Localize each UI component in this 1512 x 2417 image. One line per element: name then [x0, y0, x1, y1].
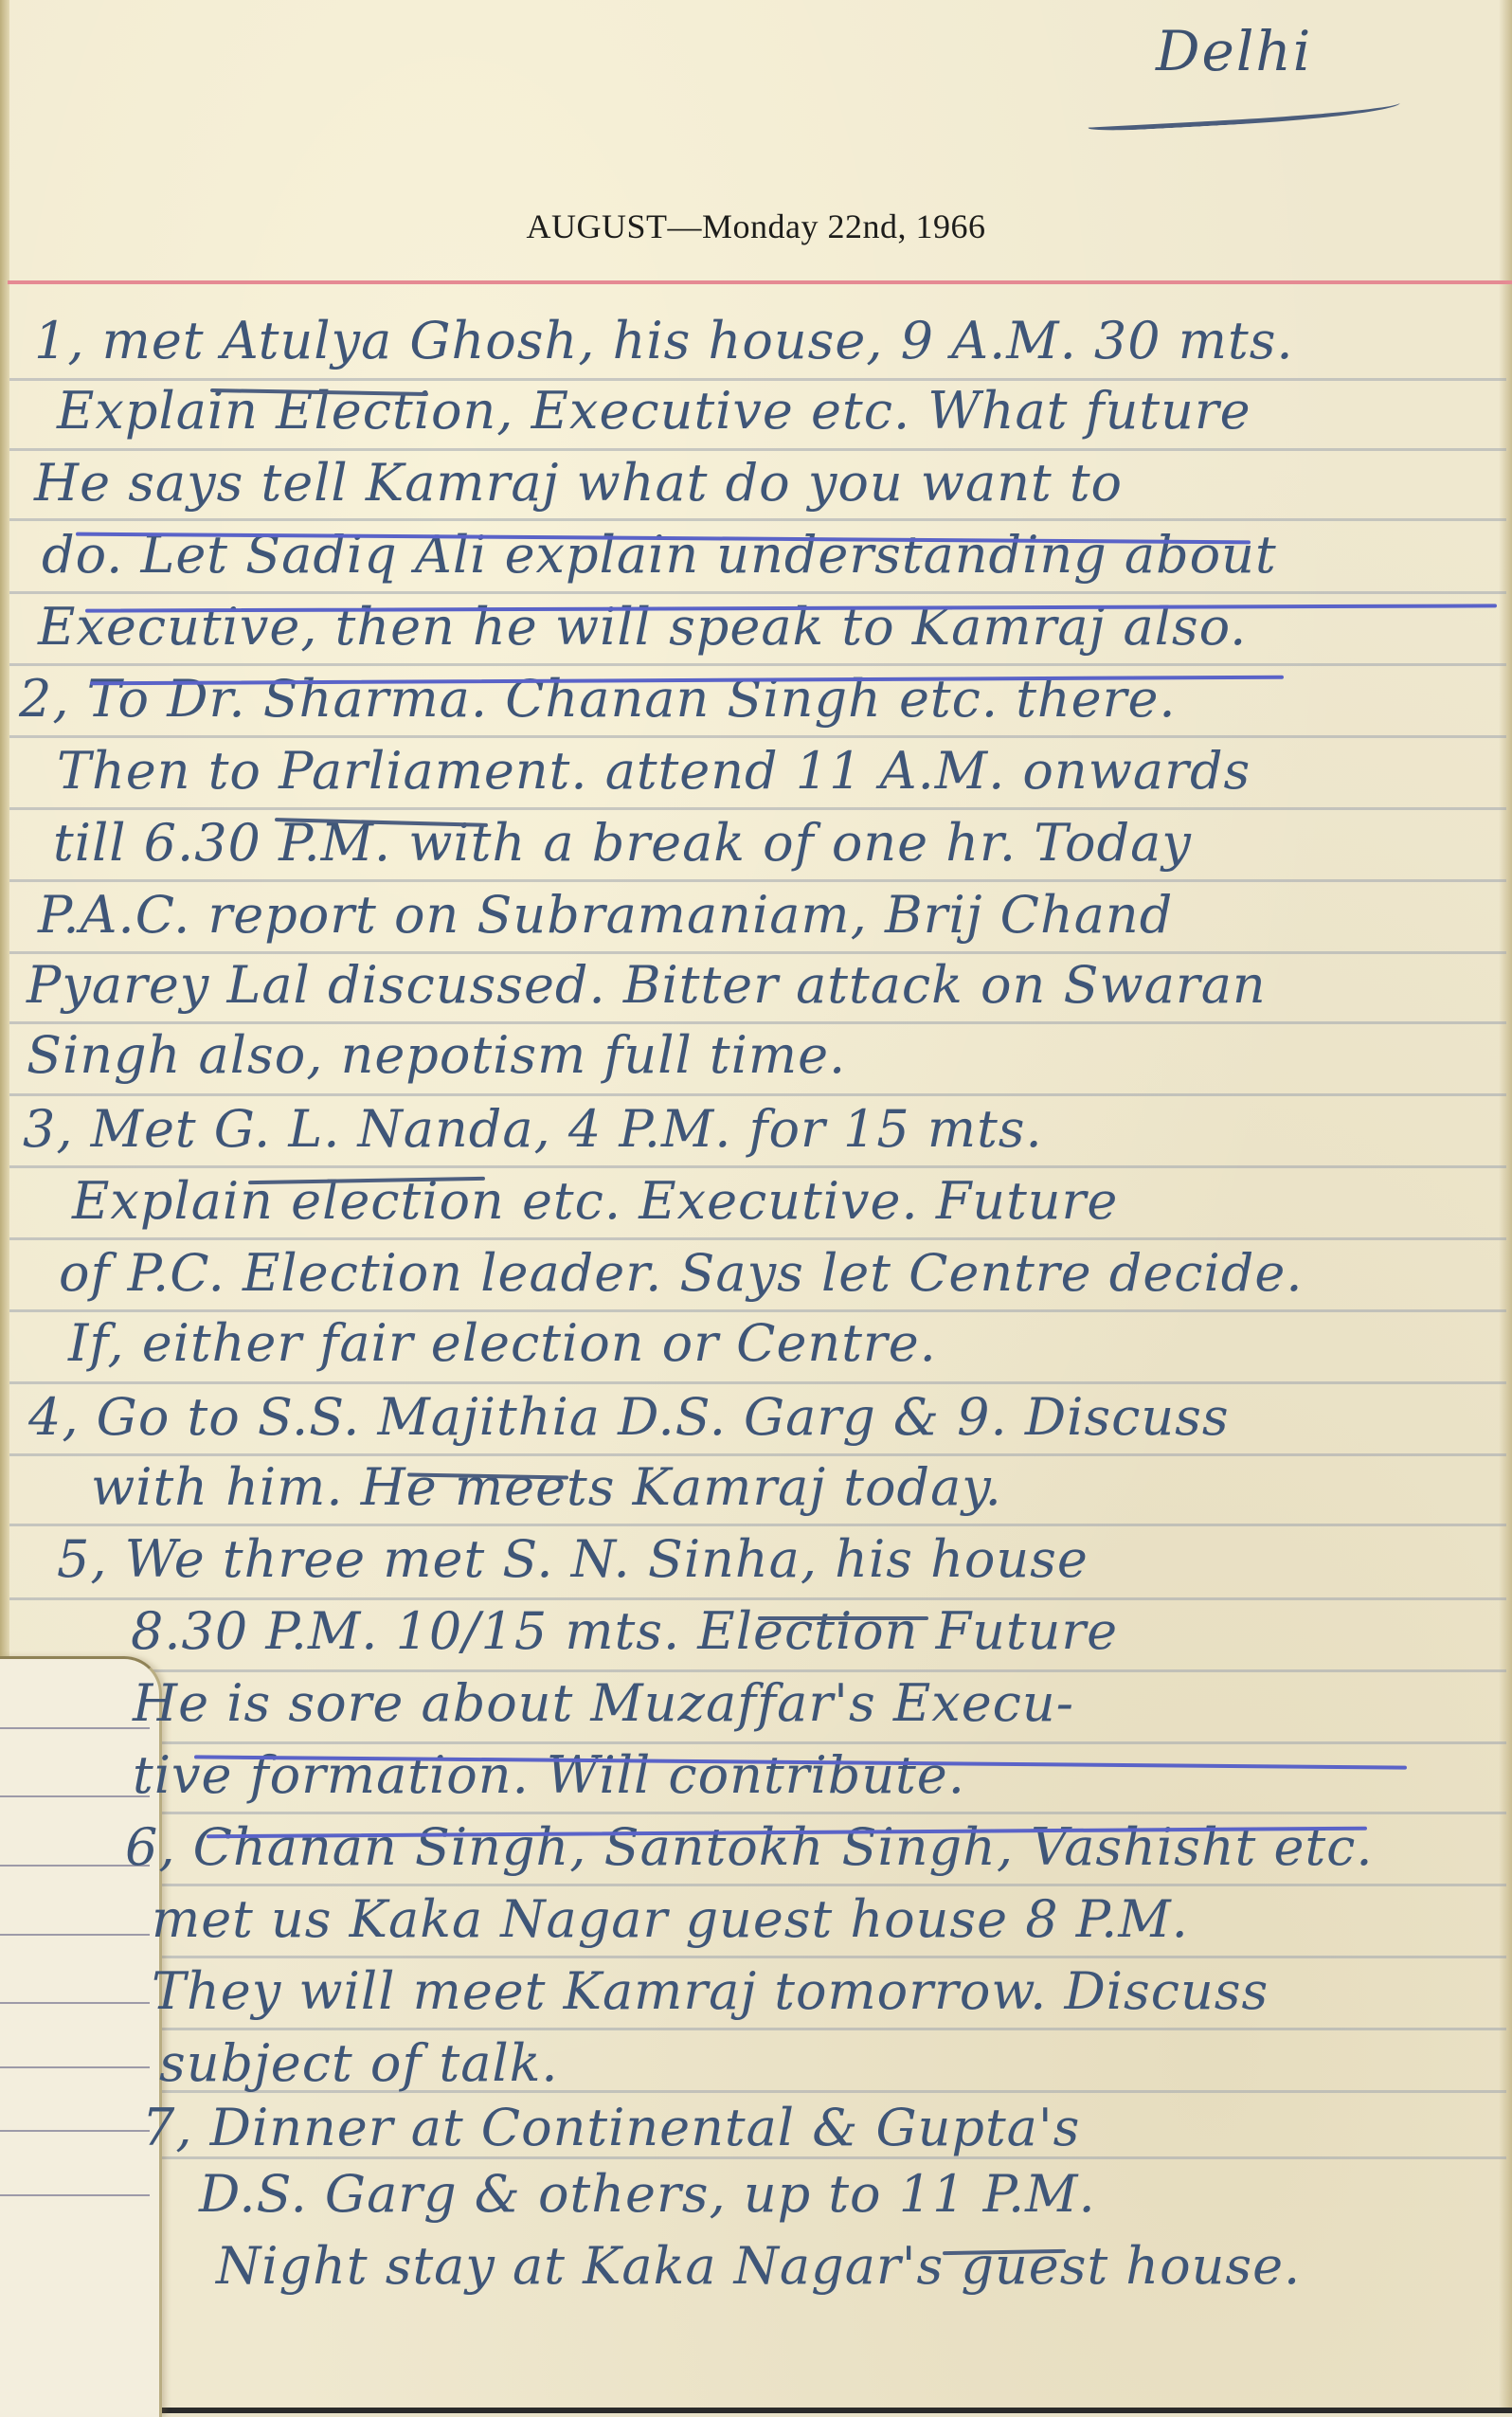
- ruled-line: [9, 735, 1506, 738]
- ruled-line: [9, 1741, 1506, 1744]
- diary-page: Delhi AUGUST—Monday 22nd, 1966: [0, 0, 1512, 2413]
- ruled-line: [9, 1669, 1506, 1672]
- ruled-line: [9, 663, 1506, 666]
- entry-line: of P.C. Election leader. Says let Centre…: [59, 1243, 1304, 1303]
- entry-line: tive formation. Will contribute.: [133, 1745, 965, 1805]
- entry-line: with him. He meets Kamraj today.: [91, 1457, 1002, 1517]
- ruled-line: [9, 1165, 1506, 1168]
- entry-line: Night stay at Kaka Nagar's guest house.: [216, 2236, 1301, 2296]
- entry-line: If, either fair election or Centre.: [68, 1313, 937, 1373]
- entry-line: 1, met Atulya Ghosh, his house, 9 A.M. 3…: [34, 311, 1294, 370]
- ruled-line: [9, 1812, 1506, 1814]
- ruled-line: [9, 1524, 1506, 1526]
- entry-line: D.S. Garg & others, up to 11 P.M.: [199, 2164, 1096, 2224]
- underline-sinha: [758, 1616, 928, 1620]
- entry-line: P.A.C. report on Subramaniam, Brij Chand: [38, 885, 1173, 945]
- entry-line: Explain election etc. Executive. Future: [72, 1171, 1118, 1231]
- entry-line: 3, Met G. L. Nanda, 4 P.M. for 15 mts.: [23, 1099, 1043, 1159]
- ruled-line: [9, 591, 1506, 594]
- ruled-line: [9, 448, 1506, 451]
- tab-ruled-line: [0, 2066, 150, 2068]
- entry-line: till 6.30 P.M. with a break of one hr. T…: [53, 813, 1192, 873]
- ruled-line: [9, 807, 1506, 810]
- tab-ruled-line: [0, 1934, 150, 1936]
- entry-line: subject of talk.: [159, 2033, 559, 2093]
- ruled-line: [9, 1956, 1506, 1958]
- ruled-line: [9, 1093, 1506, 1096]
- ruled-line: [9, 518, 1506, 521]
- ruled-line: [9, 879, 1506, 882]
- tab-ruled-line: [0, 2002, 150, 2004]
- ruled-line: [9, 1309, 1506, 1312]
- entry-line: He says tell Kamraj what do you want to: [34, 453, 1123, 513]
- tab-ruled-line: [0, 1795, 150, 1797]
- entry-line: 4, Go to S.S. Majithia D.S. Garg & 9. Di…: [28, 1387, 1230, 1447]
- entry-line: He is sore about Muzaffar's Execu-: [133, 1673, 1074, 1733]
- ruled-line: [9, 951, 1506, 954]
- ruled-line: [9, 1237, 1506, 1240]
- entry-line: Singh also, nepotism full time.: [27, 1025, 846, 1085]
- entry-line: Then to Parliament. attend 11 A.M. onwar…: [57, 741, 1251, 801]
- ruled-line: [9, 2028, 1506, 2030]
- entry-line: met us Kaka Nagar guest house 8 P.M.: [152, 1889, 1189, 1949]
- tab-ruled-line: [0, 2194, 150, 2196]
- ruled-line: [9, 1597, 1506, 1600]
- ruled-line: [9, 1381, 1506, 1384]
- entry-line: 6, Chanan Singh, Santokh Singh, Vashisht…: [125, 1817, 1374, 1877]
- tab-ruled-line: [0, 2130, 150, 2132]
- entry-line: 5, We three met S. N. Sinha, his house: [57, 1529, 1089, 1589]
- entry-line: They will meet Kamraj tomorrow. Discuss: [152, 1961, 1269, 2021]
- entry-line: 8.30 P.M. 10/15 mts. Election Future: [131, 1601, 1118, 1661]
- ruled-line: [9, 1884, 1506, 1886]
- ruled-line: [9, 1021, 1506, 1024]
- entry-line: 7, Dinner at Continental & Gupta's: [142, 2098, 1080, 2157]
- entry-line: Pyarey Lal discussed. Bitter attack on S…: [27, 955, 1267, 1015]
- ruled-line: [9, 1453, 1506, 1456]
- tab-ruled-line: [0, 1727, 150, 1729]
